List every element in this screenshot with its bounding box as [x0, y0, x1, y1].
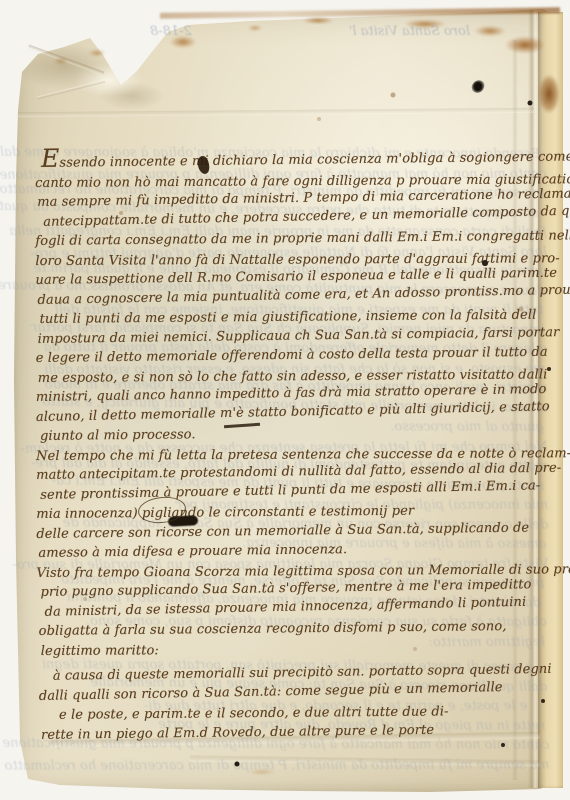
- manuscript-line: giunto al mio processo.: [36, 421, 560, 446]
- manuscript-line: legittimo maritto:: [37, 639, 561, 661]
- manuscript-line: fogli di carta consegnatto da me in prop…: [35, 226, 559, 251]
- ink-specks: [0, 0, 2, 2]
- rust-stain: [470, 24, 510, 38]
- rust-stain: [86, 48, 108, 58]
- ghost-annotation-number: 2-18-8: [150, 24, 192, 39]
- manuscript-text: Essendo innocente e mi dichiaro la mia c…: [35, 147, 561, 745]
- bleed-through-annotation: loro Santa Visita l' 2-18-8: [150, 24, 470, 39]
- ghost-script-text: loro Santa Visita l': [349, 24, 470, 39]
- scanned-page: loro Santa Visita l' 2-18-8 Essendo inno…: [0, 0, 570, 800]
- rust-stain: [500, 34, 550, 56]
- manuscript-line: obligatta à farla su sua coscienza recog…: [37, 616, 561, 641]
- rust-stain-right-edge: [536, 70, 562, 118]
- rust-stain: [52, 56, 70, 66]
- manuscript-line: Essendo innocente e mi dichiaro la mia c…: [35, 143, 559, 174]
- manuscript-line: ma sempre mi fù impeditto da ministri. P…: [28, 755, 550, 775]
